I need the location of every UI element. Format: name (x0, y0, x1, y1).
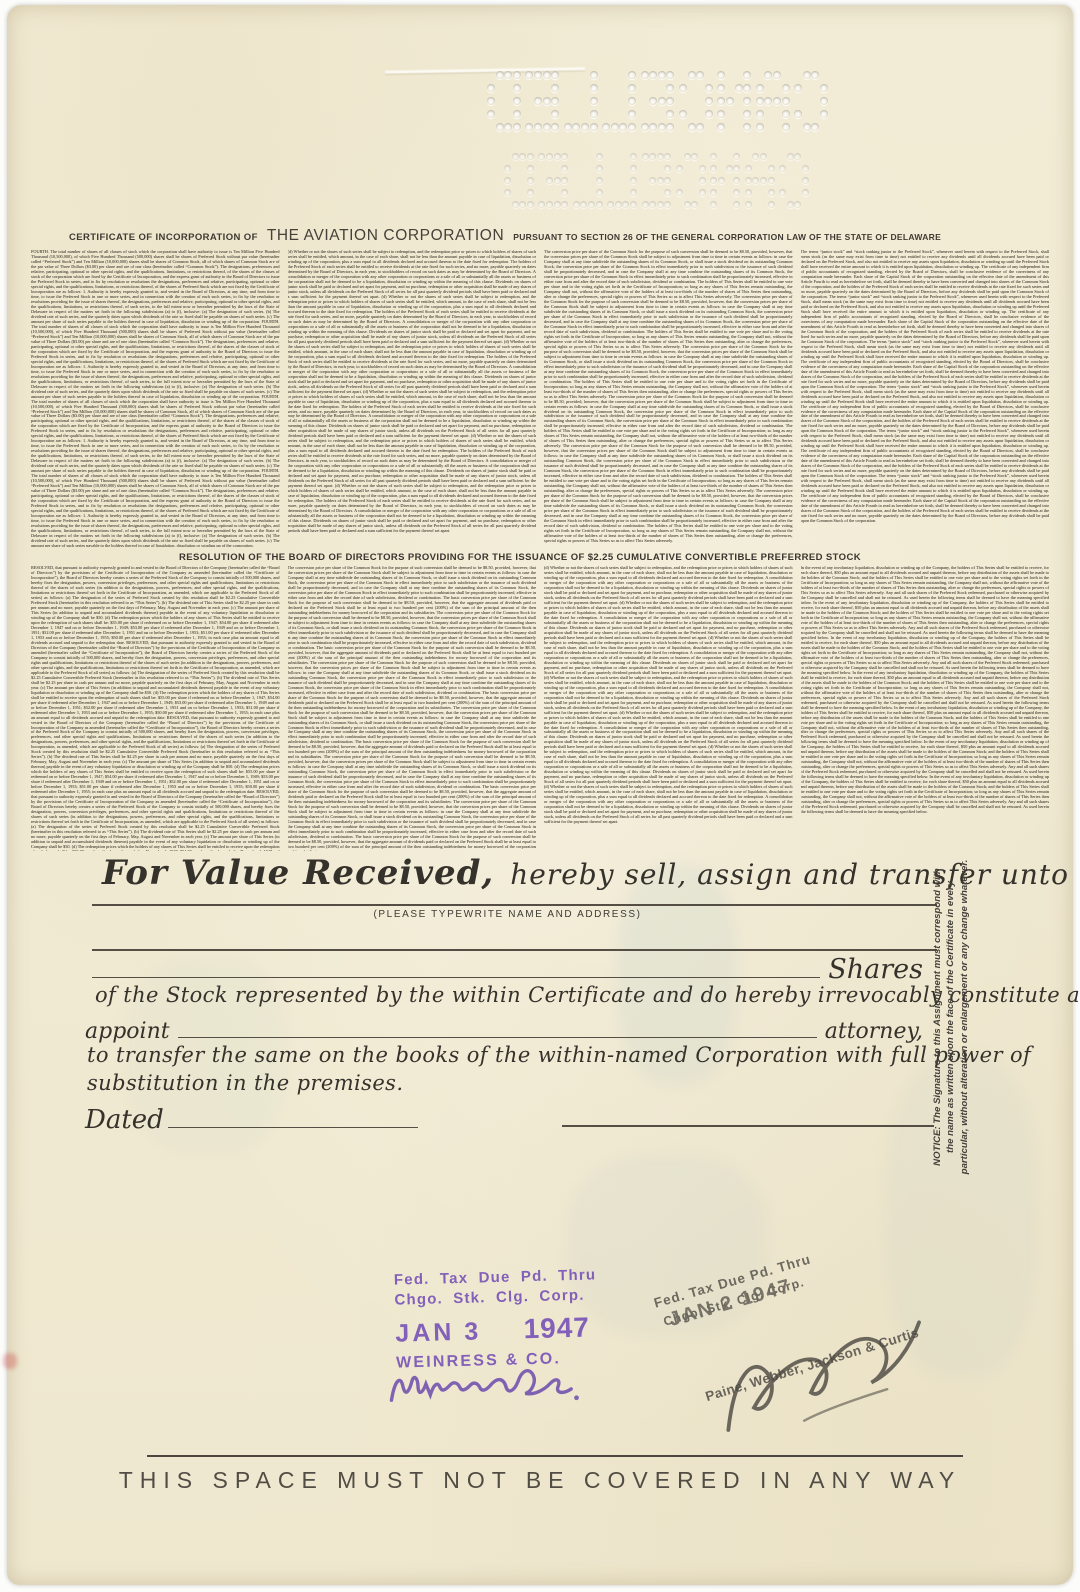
punch-hole (619, 123, 627, 131)
punch-hole (573, 201, 580, 208)
punch-hole (696, 71, 704, 79)
punch-hole (590, 97, 598, 105)
punch-hole (794, 153, 801, 160)
resolution-fine-print: RESOLVED, that pursuant to authority exp… (31, 565, 1049, 851)
punch-hole (691, 153, 698, 160)
punch-hole (512, 153, 519, 160)
punch-hole (745, 189, 752, 196)
punch-hole (649, 177, 656, 184)
appoint-row: appoint attorney, (85, 1011, 923, 1044)
punch-hole (615, 201, 622, 208)
attorney-blank-line (178, 1011, 817, 1038)
punch-hole (534, 123, 542, 131)
dated-row: Dated (85, 1099, 418, 1135)
punch-hole (811, 123, 819, 131)
punch-hole (602, 123, 610, 131)
punch-hole (688, 71, 696, 79)
punch-hole (551, 110, 559, 118)
footer-warning-text: THIS SPACE MUST NOT BE COVERED IN ANY WA… (7, 1467, 1073, 1494)
punch-hole (642, 153, 649, 160)
punch-hole (504, 177, 511, 184)
punch-hole (561, 153, 568, 160)
punch-hole (811, 71, 819, 79)
punch-hole (657, 177, 664, 184)
date-blank-line (168, 1099, 418, 1128)
punch-hole (726, 97, 734, 105)
punch-hole (760, 177, 767, 184)
punch-hole (768, 189, 775, 196)
punch-hole (760, 153, 767, 160)
incorporation-fine-print: FOURTH. The total number of shares of al… (31, 249, 1049, 547)
punch-hole (519, 153, 526, 160)
punch-hole (664, 177, 671, 184)
punch-hole (538, 201, 545, 208)
punch-hole (710, 189, 717, 196)
notice-line-2: the name as written upon the face of the… (944, 849, 957, 1185)
punch-hole (803, 71, 811, 79)
shares-blank-line (92, 953, 820, 978)
punch-hole (561, 177, 568, 184)
company-name: THE AVIATION CORPORATION (267, 227, 504, 245)
name-address-line-2 (92, 949, 937, 951)
punch-hole (764, 97, 772, 105)
punch-hole (658, 97, 666, 105)
punch-hole (664, 165, 671, 172)
punch-hole (504, 189, 511, 196)
purple-stamp-year: 1947 (523, 1312, 590, 1345)
punch-hole (752, 177, 759, 184)
punch-hole (561, 165, 568, 172)
punch-hole (527, 177, 534, 184)
punch-hole (513, 97, 521, 105)
punch-hole (543, 97, 551, 105)
punch-hole (679, 110, 687, 118)
transfer-unto-text: hereby sell, assign and transfer unto (510, 858, 1069, 891)
punch-hole (756, 97, 764, 105)
punch-hole (527, 201, 534, 208)
punch-hole (642, 201, 649, 208)
fine-print-column: The conversion price per share of the Co… (288, 565, 537, 851)
punch-hole (717, 110, 725, 118)
punch-hole (718, 177, 725, 184)
punch-hole (590, 84, 598, 92)
punch-hole (546, 153, 553, 160)
assignment-opening-row: For Value Received, hereby sell, assign … (102, 853, 923, 893)
punch-hole (691, 201, 698, 208)
punch-hole (664, 189, 671, 196)
punch-hole (717, 84, 725, 92)
punch-hole (561, 189, 568, 196)
punch-hole (546, 177, 553, 184)
punch-hole (764, 71, 772, 79)
punch-hole (773, 97, 781, 105)
punch-hole (802, 177, 809, 184)
punch-hole (684, 153, 691, 160)
punch-hole (641, 123, 649, 131)
footer-rule (147, 1455, 963, 1457)
punch-hole (745, 177, 752, 184)
punch-hole (525, 123, 533, 131)
punch-hole (733, 153, 740, 160)
punch-hole (513, 71, 521, 79)
punch-hole (756, 110, 764, 118)
punch-hole (487, 84, 495, 92)
punch-hole (588, 201, 595, 208)
fine-print-column: RESOLVED, that pursuant to authority exp… (31, 565, 280, 851)
punch-hole (710, 165, 717, 172)
name-address-line-1 (92, 904, 937, 906)
punch-hole (717, 123, 725, 131)
punch-hole (745, 165, 752, 172)
punch-hole (696, 123, 704, 131)
punch-hole (534, 97, 542, 105)
punch-hole (743, 123, 751, 131)
punch-hole (666, 110, 674, 118)
punch-hole (787, 201, 794, 208)
punch-hole (551, 123, 559, 131)
punch-hole (622, 201, 629, 208)
punch-hole (794, 110, 802, 118)
punch-hole (487, 97, 495, 105)
punch-hole (802, 189, 809, 196)
punch-hole (649, 123, 657, 131)
punch-hole (679, 84, 687, 92)
punch-hole (630, 165, 637, 172)
assignment-body-line-2: to transfer the same on the books of the… (87, 1043, 923, 1067)
punch-hole (688, 123, 696, 131)
punch-hole (525, 71, 533, 79)
fine-print-column: (d) Whether or not the shares of such se… (288, 249, 537, 547)
punch-hole (717, 97, 725, 105)
punch-hole (512, 201, 519, 208)
punch-hole (572, 123, 580, 131)
punch-hole (527, 189, 534, 196)
punch-hole (743, 71, 751, 79)
punch-hole (743, 84, 751, 92)
punch-hole (743, 110, 751, 118)
punch-hole (743, 97, 751, 105)
punch-hole (787, 153, 794, 160)
punch-hole (768, 177, 775, 184)
punch-hole (699, 177, 706, 184)
punch-hole (641, 71, 649, 79)
typewrite-caption: (PLEASE TYPEWRITE NAME AND ADDRESS) (92, 909, 923, 920)
punch-hole (676, 165, 683, 172)
punch-hole (699, 165, 706, 172)
punch-hole (676, 189, 683, 196)
punch-hole (534, 71, 542, 79)
punch-hole (513, 123, 521, 131)
punch-hole (628, 84, 636, 92)
punch-hole (590, 71, 598, 79)
punch-hole (699, 189, 706, 196)
purple-stamp-line-2: Chgo. Stk. Clg. Corp. (394, 1286, 597, 1308)
punch-hole (794, 84, 802, 92)
punch-hole (611, 123, 619, 131)
purple-stamp-line-1: Fed. Tax Due Pd. Thru (394, 1266, 597, 1288)
punch-hole (710, 153, 717, 160)
punch-hole (527, 165, 534, 172)
punch-hole (705, 84, 713, 92)
punch-hole (657, 153, 664, 160)
punch-hole (607, 201, 614, 208)
purple-stamp-month: JAN 3 (395, 1317, 482, 1347)
shares-row: Shares (92, 953, 923, 985)
punch-hole (564, 123, 572, 131)
punch-hole (782, 84, 790, 92)
punch-hole (756, 84, 764, 92)
punch-hole (666, 97, 674, 105)
punch-hole (782, 110, 790, 118)
appoint-label: appoint (85, 1019, 170, 1044)
punch-hole (581, 123, 589, 131)
punch-hole (554, 153, 561, 160)
punch-hole (802, 165, 809, 172)
punch-hole (630, 177, 637, 184)
certificate-header: CERTIFICATE OF INCORPORATION OF THE AVIA… (77, 227, 933, 245)
punch-hole (726, 165, 733, 172)
edge-mark (3, 1353, 17, 1369)
punch-hole (630, 153, 637, 160)
punch-hole (513, 110, 521, 118)
punch-hole (630, 189, 637, 196)
punch-hole (551, 84, 559, 92)
punch-hole (658, 71, 666, 79)
punch-hole (664, 201, 671, 208)
punch-hole (504, 165, 511, 172)
punch-hole (561, 201, 568, 208)
punch-hole (820, 110, 828, 118)
punch-hole (658, 123, 666, 131)
notice-line-1: NOTICE: The Signature to this Assignment… (931, 849, 944, 1185)
punch-hole (596, 153, 603, 160)
fine-print-column: In the event of any involuntary liquidat… (801, 565, 1050, 851)
fine-print-column: FOURTH. The total number of shares of al… (31, 249, 280, 547)
punch-hole (596, 177, 603, 184)
punch-hole (527, 153, 534, 160)
punch-hole (538, 153, 545, 160)
punch-hole (546, 201, 553, 208)
punch-hole (580, 201, 587, 208)
punch-hole (628, 71, 636, 79)
punch-hole (628, 110, 636, 118)
punch-hole (504, 123, 512, 131)
header-prefix: CERTIFICATE OF INCORPORATION OF (69, 232, 258, 243)
punch-hole (705, 97, 713, 105)
punch-hole (664, 153, 671, 160)
punch-hole (666, 123, 674, 131)
fine-print-column: The conversion price per share of the Co… (544, 249, 793, 547)
certificate-back-paper: CERTIFICATE OF INCORPORATION OF THE AVIA… (7, 5, 1073, 1585)
punch-hole (756, 123, 764, 131)
punch-hole (733, 177, 740, 184)
resolution-heading: RESOLUTION OF THE BOARD OF DIRECTORS PRO… (37, 552, 1003, 563)
purple-stamp-date: JAN 3 1947 (395, 1311, 598, 1348)
punch-hole (649, 97, 657, 105)
punch-hole (705, 110, 713, 118)
punch-hole (768, 201, 775, 208)
punch-hole (710, 177, 717, 184)
fine-print-column: The terms “junior stock” and “stock rank… (801, 249, 1050, 547)
punch-hole (630, 201, 637, 208)
punch-hole (733, 189, 740, 196)
punch-hole (590, 110, 598, 118)
assignment-body-line-3: substitution in the premises. (87, 1071, 923, 1095)
punch-hole (733, 165, 740, 172)
punch-hole (779, 189, 786, 196)
punch-hole (543, 71, 551, 79)
punch-hole (596, 189, 603, 196)
punch-hole (657, 201, 664, 208)
punch-hole (782, 123, 790, 131)
punch-hole (649, 153, 656, 160)
punch-hole (794, 201, 801, 208)
punch-hole (820, 97, 828, 105)
punch-hole (628, 97, 636, 105)
punch-hole (649, 201, 656, 208)
signature-notice: NOTICE: The Signature to this Assignment… (931, 849, 975, 1185)
punch-hole (590, 123, 598, 131)
weinress-signature (384, 1354, 581, 1417)
punch-hole (666, 71, 674, 79)
dated-label: Dated (85, 1105, 164, 1135)
punch-hole (649, 71, 657, 79)
attorney-label: attorney, (825, 1019, 923, 1044)
assignment-body-line-1: of the Stock represented by the within C… (95, 983, 923, 1007)
punch-hole (735, 84, 743, 92)
punch-hole (773, 71, 781, 79)
punch-hole (717, 71, 725, 79)
punch-hole (820, 84, 828, 92)
punch-hole (684, 201, 691, 208)
punch-hole (487, 110, 495, 118)
punch-hole (596, 201, 603, 208)
punch-hole (513, 84, 521, 92)
punch-hole (745, 201, 752, 208)
notice-line-3: particular, without alteration or enlarg… (958, 849, 971, 1185)
punch-hole (551, 71, 559, 79)
punch-hole (803, 123, 811, 131)
broker-signature (698, 1300, 951, 1455)
punch-hole (551, 97, 559, 105)
punch-hole (710, 201, 717, 208)
punch-hole (782, 97, 790, 105)
punch-hole (752, 153, 759, 160)
fine-print-column: (d) Whether or not the shares of such se… (544, 565, 793, 851)
punch-hole (543, 123, 551, 131)
punch-hole (628, 123, 636, 131)
punch-hole (519, 201, 526, 208)
for-value-received-text: For Value Received, (102, 853, 494, 893)
punch-hole (768, 165, 775, 172)
punch-hole (596, 165, 603, 172)
punch-hole (554, 177, 561, 184)
punch-hole (779, 165, 786, 172)
punch-hole (496, 123, 504, 131)
header-suffix: PURSUANT TO SECTION 26 OF THE GENERAL CO… (513, 232, 941, 242)
signature-line (562, 1125, 934, 1127)
shares-label: Shares (828, 954, 923, 985)
punch-hole (733, 201, 740, 208)
punch-hole (554, 201, 561, 208)
punch-hole (496, 71, 504, 79)
gray-tax-stamp: Fed. Tax Due Pd. Thru Chgo. Stk. Clg. Co… (652, 1251, 820, 1337)
punch-hole (666, 84, 674, 92)
punch-hole (504, 71, 512, 79)
